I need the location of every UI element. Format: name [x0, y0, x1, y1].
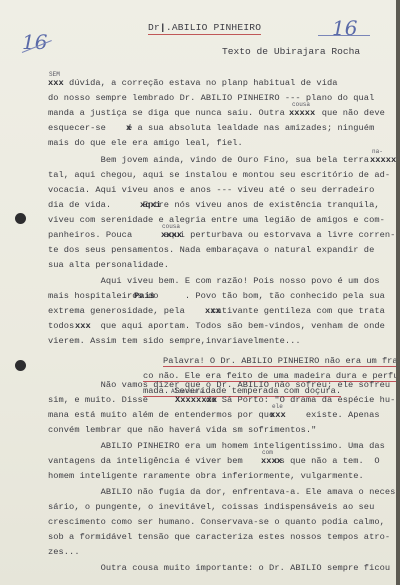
page-edge — [396, 0, 400, 585]
text-line: do nosso sempre lembrado Dr. ABILIO PINH… — [48, 93, 374, 103]
struck-text: xxxx — [161, 230, 182, 240]
text-line: vocacia. Aqui viveu anos e anos --- vive… — [48, 185, 374, 195]
page-number-right: 16 — [332, 16, 357, 40]
handwritten-correction: na- — [372, 148, 383, 155]
text-line: esquecer-se é a sua absoluta lealdade na… — [48, 123, 374, 133]
text-line: homem inteligente raramente obra inferio… — [48, 471, 364, 481]
document-title: Dr|.ABILIO PINHEIRO — [148, 22, 261, 35]
struck-text: xqxi — [140, 200, 161, 210]
title-prefix: Dr — [148, 22, 160, 33]
struck-text: xxx — [270, 410, 286, 420]
text-line: sário, o pungente, o inevitável, coissas… — [48, 502, 374, 512]
text-line: sob a formidável tensão que caracteriza … — [48, 532, 390, 542]
text-line: mais do que ele era amigo leal, fiel. — [48, 138, 243, 148]
struck-text: xxxxx — [289, 108, 315, 118]
text-line: Aqui viveu bem. E com razão! Pois nosso … — [48, 276, 380, 286]
handwritten-correction: SEM — [49, 71, 60, 78]
handwritten-correction: cousa — [162, 223, 180, 230]
text-line: Não vamos dizer que o Dr. ABILIO não sof… — [48, 380, 390, 390]
text-line: sim, e muito. Disse de Sá Porto: "O dram… — [48, 395, 395, 405]
text-line: crescimento como ser humano. Conservava-… — [48, 517, 385, 527]
text-line: vantagens da inteligência é viver bem os… — [48, 456, 380, 466]
text-line: panheiros. Pouca aqui perturbava ou esto… — [48, 230, 395, 240]
text-line: todos que aqui aportam. Todos são bem-vi… — [48, 321, 385, 331]
document-page: 16 16 Dr|.ABILIO PINHEIRO Texto de Ubira… — [0, 0, 396, 585]
text-line: dia de vida. Entre nós viveu anos de exi… — [48, 200, 380, 210]
text-line: sua alta personalidade. — [48, 260, 169, 270]
struck-text: x — [126, 123, 131, 133]
byline: Texto de Ubirajara Rocha — [222, 46, 360, 57]
text-line: tal, aqui chegou, aqui se instalou e mon… — [48, 170, 390, 180]
text-line: convém lembrar que não haverá vida sm so… — [48, 425, 316, 435]
struck-text: xxx — [75, 321, 91, 331]
punch-hole-icon — [15, 213, 26, 224]
text-line: ABILIO não fugia da dor, enfrentava-a. E… — [48, 487, 400, 497]
text-line: te dos seus pensamentos. Nada embaraçava… — [48, 245, 374, 255]
handwritten-correction: cousa — [292, 101, 310, 108]
handwritten-correction: Aldenoura — [171, 388, 203, 395]
text-line: viveu com serenidade e alegria entre uma… — [48, 215, 385, 225]
punch-hole-icon — [15, 360, 26, 371]
struck-text: xxx — [48, 78, 64, 88]
struck-text: Xxxxxxxx — [175, 395, 217, 405]
pencil-stroke — [318, 35, 370, 36]
struck-text: xxx — [205, 306, 221, 316]
title-rest: .ABILIO PINHEIRO — [166, 22, 261, 33]
text-line: mais hospitaleiros do . Povo tão bom, tã… — [48, 291, 385, 301]
text-line: ABILIO PINHEIRO era um homem inteligenti… — [48, 441, 385, 451]
text-line: Bem jovem ainda, vindo de Ouro Fino, sua… — [48, 155, 400, 165]
text-line: dúvida, a correção estava no planp habit… — [48, 78, 337, 88]
struck-text: xxxxx — [370, 155, 396, 165]
handwritten-correction: com — [262, 449, 273, 456]
struck-text: Pais — [134, 291, 155, 301]
handwritten-correction: ele — [272, 403, 283, 410]
struck-text: xxxx — [261, 456, 282, 466]
text-line: vierem. Assim tem sido sempre,invariavel… — [48, 336, 301, 346]
text-line: Outra cousa muito importante: o Dr. ABIL… — [48, 563, 390, 573]
text-line: manda a justiça se diga que nunca saiu. … — [48, 108, 385, 118]
quote-line: Palavra! O Dr. ABILIO PINHEIRO não era u… — [163, 356, 400, 367]
text-line: mana está muito além de entendermos por … — [48, 410, 380, 420]
text-line: zes... — [48, 547, 80, 557]
